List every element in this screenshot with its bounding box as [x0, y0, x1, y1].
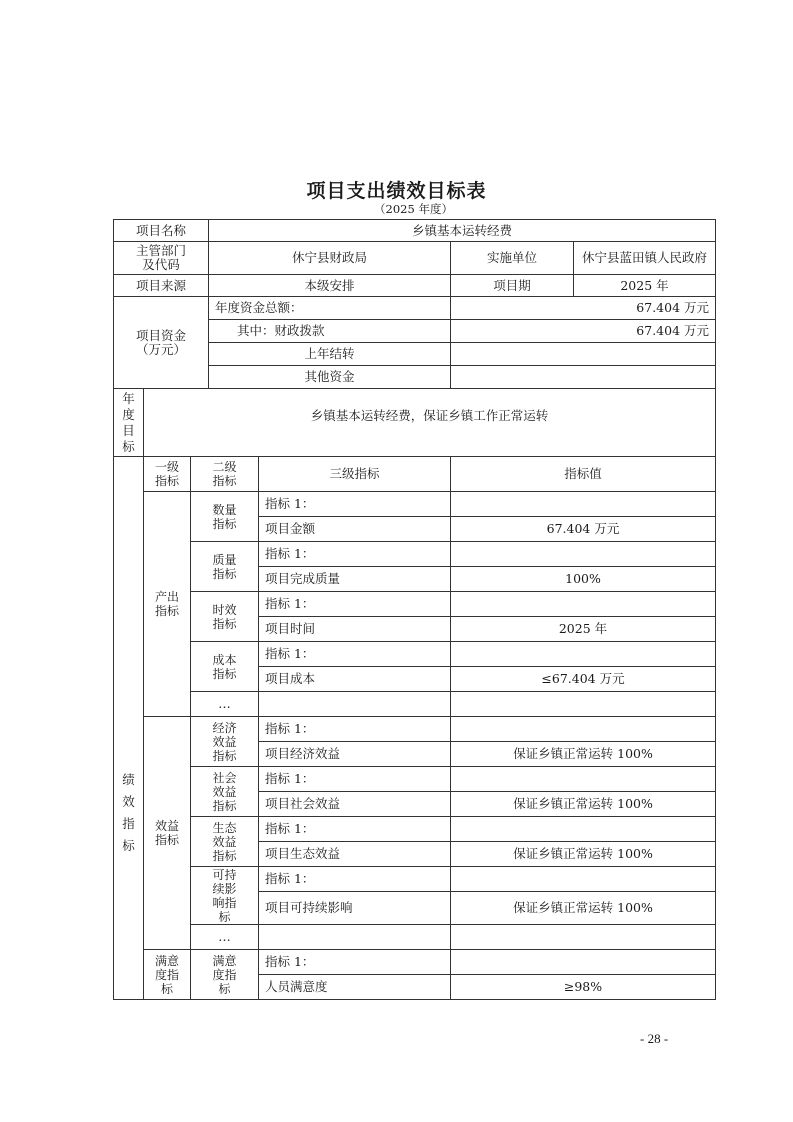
header-level2-text: 二级指标 [211, 460, 237, 488]
indicator-value [451, 642, 716, 667]
indicator-value: 保证乡镇正常运转 100% [451, 792, 716, 817]
period-label: 项目期 [451, 275, 574, 297]
level2-quantity: 数量指标 [191, 492, 259, 542]
indicator-value: 保证乡镇正常运转 100% [451, 892, 716, 925]
indicator-value [451, 492, 716, 517]
indicator-value: 100% [451, 567, 716, 592]
level3-name: 指标 1： [259, 767, 451, 792]
level3-name: 项目可持续影响 [259, 892, 451, 925]
header-level1: 一级指标 [144, 457, 191, 492]
row-annual-goal: 年度目标 乡镇基本运转经费，保证乡镇工作正常运转 [114, 389, 716, 457]
period-value: 2025 年 [574, 275, 716, 297]
indicator-value: ≥98% [451, 975, 716, 1000]
level1-benefit-text: 效益指标 [154, 819, 180, 847]
indicator-row: 满意度指标 满意度指标 指标 1： [114, 950, 716, 975]
level2-ecological: 生态效益指标 [191, 817, 259, 867]
level2-cost: 成本指标 [191, 642, 259, 692]
impl-unit-label: 实施单位 [451, 242, 574, 275]
dept-label: 主管部门 及代码 [114, 242, 209, 275]
level3-name: 指标 1： [259, 717, 451, 742]
level2-satisfaction-text: 满意度指标 [211, 954, 237, 996]
impl-unit-value: 休宁县蓝田镇人民政府 [574, 242, 716, 275]
indicator-row: … [114, 692, 716, 717]
funds-row-value: 67.404 万元 [451, 297, 716, 320]
level3-name: 项目社会效益 [259, 792, 451, 817]
indicators-section-label: 绩效指标 [114, 457, 144, 1000]
indicator-value [451, 867, 716, 892]
header-level1-text: 一级指标 [154, 460, 180, 488]
document-title: 项目支出绩效目标表 [0, 176, 793, 203]
funds-row-label: 年度资金总额： [209, 297, 451, 320]
source-value: 本级安排 [209, 275, 451, 297]
project-name-label: 项目名称 [114, 220, 209, 242]
level3-name: 指标 1： [259, 867, 451, 892]
level2-social-text: 社会效益指标 [211, 771, 237, 813]
indicator-value: 保证乡镇正常运转 100% [451, 842, 716, 867]
dept-value: 休宁县财政局 [209, 242, 451, 275]
level3-name: 指标 1： [259, 492, 451, 517]
funds-row-value [451, 343, 716, 366]
level3-name: 项目完成质量 [259, 567, 451, 592]
indicator-row: 效益指标 经济效益指标 指标 1： [114, 717, 716, 742]
annual-goal-label-text: 年度目标 [122, 391, 135, 455]
level2-satisfaction: 满意度指标 [191, 950, 259, 1000]
level2-ellipsis: … [191, 925, 259, 950]
row-funds-total: 项目资金 （万元） 年度资金总额： 67.404 万元 [114, 297, 716, 320]
funds-label-line1: 项目资金 [118, 329, 204, 343]
level2-timeliness: 时效指标 [191, 592, 259, 642]
dept-label-line1: 主管部门 [118, 244, 204, 258]
level3-name [259, 925, 451, 950]
level2-sustainable-text: 可持续影响指标 [211, 868, 237, 924]
indicator-value [451, 767, 716, 792]
level1-satisfaction-text: 满意度指标 [154, 954, 180, 996]
row-project-name: 项目名称 乡镇基本运转经费 [114, 220, 716, 242]
level3-name: 指标 1： [259, 642, 451, 667]
indicator-value: ≤67.404 万元 [451, 667, 716, 692]
level2-ecological-text: 生态效益指标 [211, 821, 237, 863]
row-indicator-header: 绩效指标 一级指标 二级指标 三级指标 指标值 [114, 457, 716, 492]
header-level2: 二级指标 [191, 457, 259, 492]
level3-name: 项目金额 [259, 517, 451, 542]
header-value: 指标值 [451, 457, 716, 492]
funds-label: 项目资金 （万元） [114, 297, 209, 389]
indicator-row: 生态效益指标 指标 1： [114, 817, 716, 842]
indicator-value: 67.404 万元 [451, 517, 716, 542]
level1-output: 产出指标 [144, 492, 191, 717]
level2-ellipsis: … [191, 692, 259, 717]
level3-name: 指标 1： [259, 542, 451, 567]
level2-economic: 经济效益指标 [191, 717, 259, 767]
level1-output-text: 产出指标 [154, 590, 180, 618]
funds-row-label: 上年结转 [209, 343, 451, 366]
level3-name: 指标 1： [259, 817, 451, 842]
project-name-value: 乡镇基本运转经费 [209, 220, 716, 242]
row-department: 主管部门 及代码 休宁县财政局 实施单位 休宁县蓝田镇人民政府 [114, 242, 716, 275]
level2-timeliness-text: 时效指标 [211, 603, 237, 631]
level2-quantity-text: 数量指标 [211, 503, 237, 531]
funds-row-value: 67.404 万元 [451, 320, 716, 343]
indicator-value: 保证乡镇正常运转 100% [451, 742, 716, 767]
level3-name: 项目经济效益 [259, 742, 451, 767]
header-level3: 三级指标 [259, 457, 451, 492]
indicator-value [451, 925, 716, 950]
level2-sustainable: 可持续影响指标 [191, 867, 259, 925]
indicator-row: 成本指标 指标 1： [114, 642, 716, 667]
level3-name: 项目成本 [259, 667, 451, 692]
level3-name: 项目生态效益 [259, 842, 451, 867]
dept-label-line2: 及代码 [118, 258, 204, 272]
performance-target-table: 项目名称 乡镇基本运转经费 主管部门 及代码 休宁县财政局 实施单位 休宁县蓝田… [113, 219, 716, 1000]
indicator-row: 时效指标 指标 1： [114, 592, 716, 617]
source-label: 项目来源 [114, 275, 209, 297]
level3-name: 项目时间 [259, 617, 451, 642]
funds-row-value [451, 366, 716, 389]
indicator-row: 可持续影响指标 指标 1： [114, 867, 716, 892]
indicator-value [451, 717, 716, 742]
indicator-value [451, 950, 716, 975]
indicator-row: 产出指标 数量指标 指标 1： [114, 492, 716, 517]
funds-row-label: 其中：财政拨款 [209, 320, 451, 343]
page-number: - 28 - [640, 1031, 668, 1047]
level2-social: 社会效益指标 [191, 767, 259, 817]
indicator-row: 社会效益指标 指标 1： [114, 767, 716, 792]
level3-name: 指标 1： [259, 950, 451, 975]
level1-benefit: 效益指标 [144, 717, 191, 950]
annual-goal-text: 乡镇基本运转经费，保证乡镇工作正常运转 [144, 389, 716, 457]
indicator-value [451, 592, 716, 617]
funds-row-label: 其他资金 [209, 366, 451, 389]
document-subtitle: （2025 年度） [0, 201, 793, 217]
indicator-row: 质量指标 指标 1： [114, 542, 716, 567]
indicators-section-text: 绩效指标 [122, 769, 135, 857]
row-source: 项目来源 本级安排 项目期 2025 年 [114, 275, 716, 297]
level2-quality: 质量指标 [191, 542, 259, 592]
level2-cost-text: 成本指标 [211, 653, 237, 681]
indicator-value [451, 817, 716, 842]
annual-goal-label: 年度目标 [114, 389, 144, 457]
level3-name: 人员满意度 [259, 975, 451, 1000]
level3-name [259, 692, 451, 717]
indicator-row: … [114, 925, 716, 950]
level3-name: 指标 1： [259, 592, 451, 617]
funds-label-line2: （万元） [118, 343, 204, 357]
level2-economic-text: 经济效益指标 [211, 721, 237, 763]
indicator-value [451, 692, 716, 717]
level1-satisfaction: 满意度指标 [144, 950, 191, 1000]
indicator-value [451, 542, 716, 567]
indicator-value: 2025 年 [451, 617, 716, 642]
level2-quality-text: 质量指标 [211, 553, 237, 581]
